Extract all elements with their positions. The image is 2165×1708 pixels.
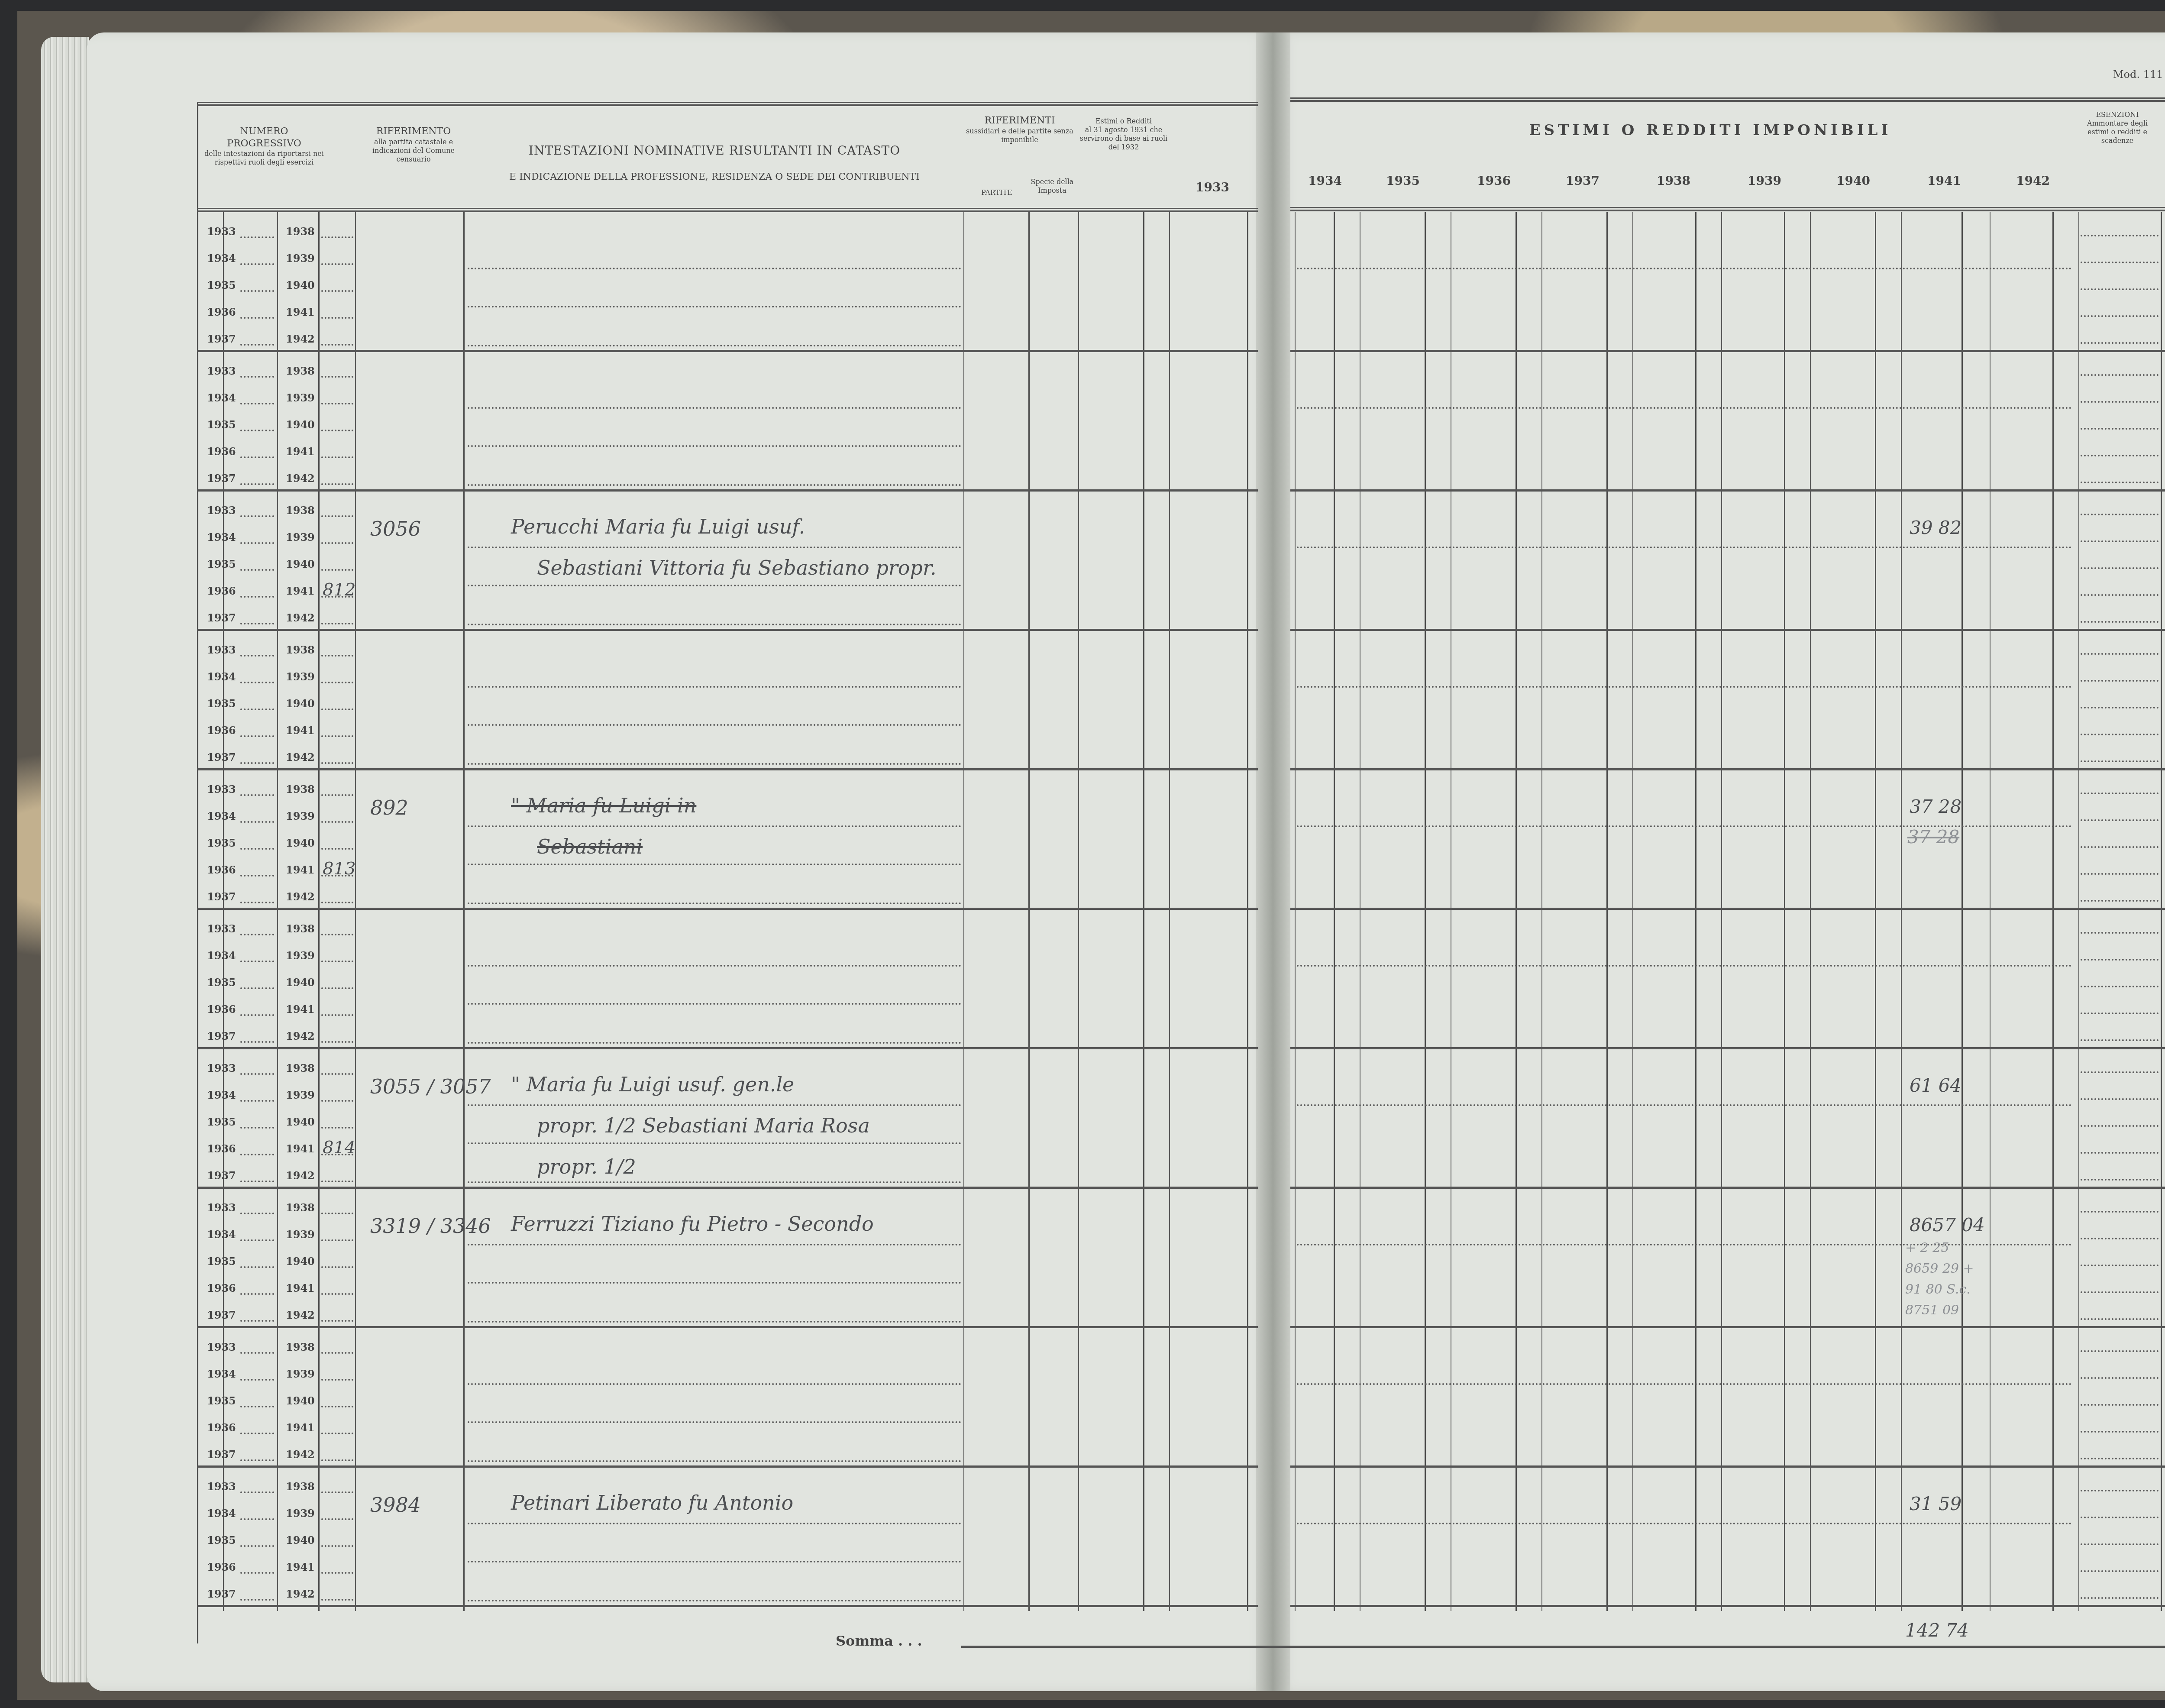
- year-header-1934: 1934: [1282, 173, 1368, 188]
- dotted-fill: [240, 735, 274, 737]
- col1-title: NUMERO PROGRESSIVO: [204, 126, 325, 149]
- year-label-1941: 1941: [286, 1561, 315, 1573]
- esenzioni-line: [2081, 1125, 2159, 1127]
- row-divider-left: [197, 908, 1258, 910]
- year-label-1938: 1938: [286, 1341, 315, 1353]
- dotted-fill: [240, 1599, 274, 1601]
- esenzioni-line: [2081, 1350, 2159, 1352]
- year-label-1940: 1940: [286, 279, 315, 291]
- name-line: [468, 1561, 961, 1562]
- esenzioni-line: [2081, 1597, 2159, 1599]
- row-divider-right: [1290, 350, 2165, 352]
- year-label-1941: 1941: [286, 1421, 315, 1434]
- year-label-1937: 1937: [207, 611, 236, 624]
- year-label-1942: 1942: [286, 890, 315, 903]
- intestazione-line: Petinari Liberato fu Antonio: [511, 1491, 793, 1514]
- dotted-fill: [240, 263, 274, 265]
- year-label-1933: 1933: [207, 1062, 236, 1074]
- dotted-fill: [321, 1127, 353, 1129]
- dotted-fill: [240, 596, 274, 598]
- column-rule-left: [1169, 212, 1170, 1611]
- year-label-1939: 1939: [286, 252, 315, 265]
- frame-left: [197, 102, 198, 1643]
- name-line: [468, 306, 961, 307]
- esenzioni-line: [2081, 1098, 2159, 1100]
- esenzioni-line: [2081, 374, 2159, 376]
- year-label-1942: 1942: [286, 751, 315, 763]
- esenzioni-line: [2081, 1570, 2159, 1572]
- esenzioni-line: [2081, 1013, 2159, 1014]
- dotted-fill: [321, 1320, 353, 1322]
- name-line: [468, 547, 961, 548]
- dotted-fill: [321, 483, 353, 485]
- year-label-1934: 1934: [207, 1507, 236, 1520]
- esenzioni-line: [2081, 1071, 2159, 1073]
- value-1941: 61 64: [1910, 1075, 1961, 1096]
- name-line: [468, 1421, 961, 1423]
- dotted-fill: [321, 569, 353, 571]
- totals-line: [961, 1646, 2165, 1648]
- row-divider-left: [197, 489, 1258, 492]
- column-rule-left: [277, 212, 278, 1611]
- dotted-fill: [240, 1406, 274, 1407]
- year-label-1942: 1942: [286, 1588, 315, 1600]
- year-header-1942: 1942: [1990, 173, 2076, 188]
- column-rule-right: [1784, 212, 1785, 1611]
- total-1941: 142 74: [1905, 1620, 1969, 1641]
- col6-subtitle: al 31 agosto 1931 che servirono di base …: [1078, 126, 1169, 152]
- intestazione-line: " Maria fu Luigi usuf. gen.le: [511, 1073, 794, 1096]
- year-label-1938: 1938: [286, 644, 315, 656]
- year-label-1936: 1936: [207, 724, 236, 737]
- name-line: [468, 345, 961, 346]
- dotted-fill: [240, 1572, 274, 1574]
- dotted-fill: [240, 708, 274, 710]
- year-label-1941: 1941: [286, 306, 315, 318]
- row-divider-left: [197, 1605, 1258, 1607]
- left-page: [87, 32, 1273, 1691]
- value-line: [1297, 407, 2072, 409]
- dotted-fill: [321, 682, 353, 683]
- dotted-fill: [240, 1352, 274, 1354]
- esenzioni-line: [2081, 793, 2159, 794]
- dotted-fill: [240, 1266, 274, 1268]
- year-label-1933: 1933: [207, 1480, 236, 1493]
- name-line: [468, 484, 961, 486]
- dotted-fill: [240, 317, 274, 319]
- year-label-1936: 1936: [207, 1142, 236, 1155]
- year-label-1934: 1934: [207, 252, 236, 265]
- dotted-fill: [321, 1073, 353, 1075]
- dotted-fill: [321, 376, 353, 378]
- dotted-fill: [240, 762, 274, 764]
- year-label-1937: 1937: [207, 751, 236, 763]
- esenzioni-line: [2081, 986, 2159, 987]
- year-label-1934: 1934: [207, 531, 236, 543]
- value-1941: 37 28: [1910, 796, 1961, 817]
- year-label-1933: 1933: [207, 783, 236, 796]
- row-divider-right: [1290, 1187, 2165, 1189]
- dotted-fill: [321, 902, 353, 903]
- dotted-fill: [240, 1491, 274, 1493]
- name-line: [468, 903, 961, 904]
- value-line: [1297, 268, 2072, 269]
- column-rule-right: [1721, 212, 1722, 1611]
- row-divider-right: [1290, 1465, 2165, 1468]
- year-label-1934: 1934: [207, 810, 236, 822]
- col3-subtitle: E INDICAZIONE DELLA PROFESSIONE, RESIDEN…: [468, 171, 961, 183]
- year-label-1937: 1937: [207, 472, 236, 485]
- esenzioni-line: [2081, 428, 2159, 430]
- dotted-fill: [240, 934, 274, 935]
- dotted-fill: [240, 682, 274, 683]
- dotted-fill: [321, 236, 353, 238]
- year-label-1939: 1939: [286, 670, 315, 683]
- year-label-1939: 1939: [286, 391, 315, 404]
- year-label-1936: 1936: [207, 445, 236, 458]
- name-line: [468, 825, 961, 827]
- year-label-1940: 1940: [286, 837, 315, 849]
- name-line: [468, 965, 961, 967]
- esenzioni-line: [2081, 540, 2159, 542]
- year-label-1940: 1940: [286, 1116, 315, 1128]
- dotted-fill: [240, 1545, 274, 1547]
- year-header-1941: 1941: [1901, 173, 1987, 188]
- dotted-fill: [240, 430, 274, 431]
- year-label-1940: 1940: [286, 976, 315, 989]
- dotted-fill: [240, 403, 274, 404]
- dotted-fill: [321, 1406, 353, 1407]
- col4-header: RIFERIMENTI sussidiari e delle partite s…: [966, 115, 1074, 144]
- column-rule-right: [1334, 212, 1335, 1611]
- dotted-fill: [321, 1266, 353, 1268]
- year-label-1939: 1939: [286, 531, 315, 543]
- year-label-1940: 1940: [286, 558, 315, 570]
- year-label-1940: 1940: [286, 1394, 315, 1407]
- dotted-fill: [321, 961, 353, 962]
- column-rule-right: [1810, 212, 1811, 1611]
- year-label-1933: 1933: [207, 225, 236, 238]
- dotted-fill: [321, 655, 353, 657]
- column-rule-right: [1606, 212, 1608, 1611]
- year-label-1936: 1936: [207, 864, 236, 876]
- dotted-fill: [240, 655, 274, 657]
- year-label-1939: 1939: [286, 1089, 315, 1101]
- col2-header: RIFERIMENTO alla partita catastale e ind…: [370, 126, 457, 164]
- frame-top-left: [197, 102, 1258, 106]
- esenzioni-line: [2081, 1377, 2159, 1379]
- col1-header: NUMERO PROGRESSIVO delle intestazioni da…: [204, 126, 325, 167]
- year-label-1937: 1937: [207, 890, 236, 903]
- esenzioni-line: [2081, 514, 2159, 515]
- year-label-1936: 1936: [207, 1003, 236, 1016]
- col2-subtitle: alla partita catastale e indicazioni del…: [370, 138, 457, 164]
- calculation-line: + 2 25: [1905, 1240, 1949, 1255]
- year-label-1934: 1934: [207, 1228, 236, 1241]
- dotted-fill: [321, 1014, 353, 1016]
- row-divider-left: [197, 629, 1258, 631]
- column-rule-left: [318, 212, 320, 1611]
- intestazione-line: Ferruzzi Tiziano fu Pietro - Secondo: [511, 1212, 874, 1236]
- name-line: [468, 407, 961, 409]
- year-label-1941: 1941: [286, 724, 315, 737]
- column-rule-right: [1695, 212, 1696, 1611]
- column-rule-right: [2161, 212, 2162, 1611]
- header-bottom-left: [197, 208, 1258, 212]
- dotted-fill: [321, 403, 353, 404]
- year-label-1940: 1940: [286, 1534, 315, 1546]
- esenzioni-line: [2081, 1265, 2159, 1266]
- col7-year: 1933: [1169, 180, 1256, 195]
- year-label-1938: 1938: [286, 1062, 315, 1074]
- dotted-fill: [321, 1459, 353, 1461]
- specie-label: Specie della Imposta: [1031, 178, 1074, 195]
- esenzioni-line: [2081, 1543, 2159, 1545]
- column-rule-right: [1961, 212, 1963, 1611]
- row-divider-left: [197, 350, 1258, 352]
- year-label-1933: 1933: [207, 1341, 236, 1353]
- year-label-1934: 1934: [207, 391, 236, 404]
- sum-label: Somma . . .: [836, 1633, 922, 1649]
- dotted-fill: [240, 1320, 274, 1322]
- esenzioni-line: [2081, 455, 2159, 456]
- dotted-fill: [321, 456, 353, 458]
- esenzioni-line: [2081, 1490, 2159, 1491]
- name-line: [468, 445, 961, 447]
- intestazione-line: Sebastiani Vittoria fu Sebastiano propr.: [537, 556, 937, 579]
- year-label-1935: 1935: [207, 976, 236, 989]
- frame-top-right: [1290, 97, 2165, 102]
- row-divider-left: [197, 1187, 1258, 1189]
- year-label-1938: 1938: [286, 365, 315, 377]
- year-label-1934: 1934: [207, 949, 236, 962]
- year-label-1942: 1942: [286, 1448, 315, 1461]
- dotted-fill: [321, 1491, 353, 1493]
- row-divider-left: [197, 1326, 1258, 1328]
- year-label-1933: 1933: [207, 922, 236, 935]
- dotted-fill: [240, 1518, 274, 1520]
- name-line: [468, 624, 961, 625]
- dotted-fill: [240, 875, 274, 877]
- dotted-fill: [321, 735, 353, 737]
- dotted-fill: [240, 456, 274, 458]
- year-label-1936: 1936: [207, 306, 236, 318]
- column-rule-right: [1632, 212, 1633, 1611]
- row-divider-right: [1290, 489, 2165, 492]
- year-label-1935: 1935: [207, 1255, 236, 1268]
- year-label-1933: 1933: [207, 644, 236, 656]
- col4-title: RIFERIMENTI: [966, 115, 1074, 127]
- year-label-1936: 1936: [207, 1561, 236, 1573]
- partita-number: 892: [370, 796, 408, 819]
- dotted-fill: [321, 430, 353, 431]
- dotted-fill: [321, 1100, 353, 1102]
- year-label-1939: 1939: [286, 949, 315, 962]
- year-label-1942: 1942: [286, 333, 315, 345]
- value-line: [1297, 1104, 2072, 1106]
- column-rule-left: [1078, 212, 1079, 1611]
- dotted-fill: [240, 1154, 274, 1155]
- dotted-fill: [321, 1213, 353, 1214]
- name-line: [468, 1523, 961, 1524]
- header-bottom-right: [1290, 207, 2165, 211]
- year-label-1939: 1939: [286, 1228, 315, 1241]
- dotted-fill: [240, 1379, 274, 1381]
- dotted-fill: [240, 1213, 274, 1214]
- value-1941: 8657 04: [1910, 1214, 1985, 1236]
- esenzioni-line: [2081, 482, 2159, 483]
- intestazione-line: propr. 1/2 Sebastiani Maria Rosa: [537, 1114, 870, 1137]
- intestazione-line: propr. 1/2: [537, 1155, 636, 1178]
- row-divider-right: [1290, 908, 2165, 910]
- esenzioni-line: [2081, 1039, 2159, 1041]
- partita-number: 3984: [370, 1493, 421, 1517]
- dotted-fill: [240, 1181, 274, 1182]
- dotted-fill: [240, 821, 274, 823]
- column-rule-right: [1360, 212, 1360, 1611]
- year-label-1938: 1938: [286, 225, 315, 238]
- esenzioni-line: [2081, 1291, 2159, 1293]
- year-label-1941: 1941: [286, 864, 315, 876]
- year-label-1935: 1935: [207, 1116, 236, 1128]
- column-rule-right: [1425, 212, 1426, 1611]
- progressivo-number: 814: [323, 1138, 355, 1158]
- dotted-fill: [240, 1239, 274, 1241]
- dotted-fill: [321, 987, 353, 989]
- year-label-1937: 1937: [207, 333, 236, 345]
- year-label-1935: 1935: [207, 1534, 236, 1546]
- dotted-fill: [240, 515, 274, 517]
- dotted-fill: [240, 483, 274, 485]
- esenzioni-line: [2081, 1211, 2159, 1213]
- name-line: [468, 1383, 961, 1385]
- dotted-fill: [321, 1293, 353, 1295]
- dotted-fill: [321, 1545, 353, 1547]
- dotted-fill: [321, 290, 353, 292]
- column-rule-left: [963, 212, 964, 1611]
- dotted-fill: [240, 376, 274, 378]
- esenzioni-line: [2081, 760, 2159, 762]
- column-rule-right: [2052, 212, 2054, 1611]
- year-label-1940: 1940: [286, 1255, 315, 1268]
- esenzioni-header: ESENZIONI Ammontare degli estimi o reddi…: [2078, 110, 2156, 145]
- column-rule-right: [1901, 212, 1902, 1611]
- row-divider-right: [1290, 629, 2165, 631]
- esenzioni-line: [2081, 1458, 2159, 1459]
- dotted-fill: [240, 290, 274, 292]
- year-label-1942: 1942: [286, 1030, 315, 1042]
- dotted-fill: [321, 1181, 353, 1182]
- esenzioni-line: [2081, 235, 2159, 236]
- book-gutter: [1256, 32, 1290, 1691]
- dotted-fill: [321, 821, 353, 823]
- dotted-fill: [321, 344, 353, 346]
- year-label-1933: 1933: [207, 504, 236, 517]
- year-label-1942: 1942: [286, 1169, 315, 1182]
- esenzioni-line: [2081, 734, 2159, 735]
- esenzioni-subtitle: Ammontare degli estimi o redditi e scade…: [2078, 119, 2156, 145]
- row-divider-right: [1290, 1047, 2165, 1049]
- column-rule-left: [463, 212, 465, 1611]
- year-label-1941: 1941: [286, 585, 315, 597]
- year-label-1934: 1934: [207, 670, 236, 683]
- esenzioni-line: [2081, 932, 2159, 934]
- name-line: [468, 724, 961, 726]
- dotted-fill: [321, 1239, 353, 1241]
- column-rule-left: [1143, 212, 1144, 1611]
- esenzioni-line: [2081, 819, 2159, 821]
- intestazione-line: " Maria fu Luigi in: [511, 794, 696, 817]
- esenzioni-title: ESENZIONI: [2078, 110, 2156, 119]
- dotted-fill: [240, 794, 274, 796]
- year-label-1941: 1941: [286, 1142, 315, 1155]
- calculation-line: 91 80 S.c.: [1905, 1282, 1971, 1297]
- year-label-1935: 1935: [207, 418, 236, 431]
- name-line: [468, 1600, 961, 1601]
- esenzioni-line: [2081, 567, 2159, 569]
- dotted-fill: [321, 515, 353, 517]
- name-line: [468, 268, 961, 269]
- esenzioni-line: [2081, 621, 2159, 623]
- dotted-fill: [240, 1293, 274, 1295]
- value-line: [1297, 686, 2072, 688]
- esenzioni-line: [2081, 1431, 2159, 1433]
- value-1941: 39 82: [1910, 517, 1961, 538]
- dotted-fill: [321, 263, 353, 265]
- column-rule-right: [1875, 212, 1876, 1611]
- year-label-1940: 1940: [286, 418, 315, 431]
- name-line: [468, 1244, 961, 1245]
- year-label-1937: 1937: [207, 1309, 236, 1321]
- name-line: [468, 585, 961, 586]
- dotted-fill: [240, 1433, 274, 1434]
- year-label-1937: 1937: [207, 1588, 236, 1600]
- year-header-1937: 1937: [1539, 173, 1626, 188]
- col2-title: RIFERIMENTO: [370, 126, 457, 138]
- dotted-fill: [240, 1014, 274, 1016]
- dotted-fill: [240, 623, 274, 624]
- name-line: [468, 864, 961, 865]
- col6-header: Estimi o Redditi al 31 agosto 1931 che s…: [1078, 117, 1169, 152]
- year-header-1936: 1936: [1451, 173, 1537, 188]
- column-rule-right: [1990, 212, 1991, 1611]
- name-line: [468, 1460, 961, 1462]
- value-line: [1297, 1383, 2072, 1385]
- esenzioni-line: [2081, 873, 2159, 875]
- esenzioni-line: [2081, 594, 2159, 596]
- col3-title: INTESTAZIONI NOMINATIVE RISULTANTI IN CA…: [468, 143, 961, 158]
- year-header-1940: 1940: [1810, 173, 1897, 188]
- esenzioni-line: [2081, 959, 2159, 961]
- row-divider-right: [1290, 1605, 2165, 1607]
- dotted-fill: [321, 623, 353, 624]
- year-label-1937: 1937: [207, 1169, 236, 1182]
- column-rule-left: [1028, 212, 1030, 1611]
- dotted-fill: [240, 848, 274, 850]
- year-label-1934: 1934: [207, 1368, 236, 1380]
- year-label-1933: 1933: [207, 365, 236, 377]
- year-label-1936: 1936: [207, 1282, 236, 1294]
- year-label-1935: 1935: [207, 1394, 236, 1407]
- year-header-1938: 1938: [1630, 173, 1717, 188]
- calculation-line: 8751 09: [1905, 1303, 1959, 1318]
- name-line: [468, 1104, 961, 1106]
- year-label-1935: 1935: [207, 837, 236, 849]
- year-label-1942: 1942: [286, 1309, 315, 1321]
- esenzioni-line: [2081, 1404, 2159, 1406]
- year-label-1942: 1942: [286, 611, 315, 624]
- year-label-1935: 1935: [207, 558, 236, 570]
